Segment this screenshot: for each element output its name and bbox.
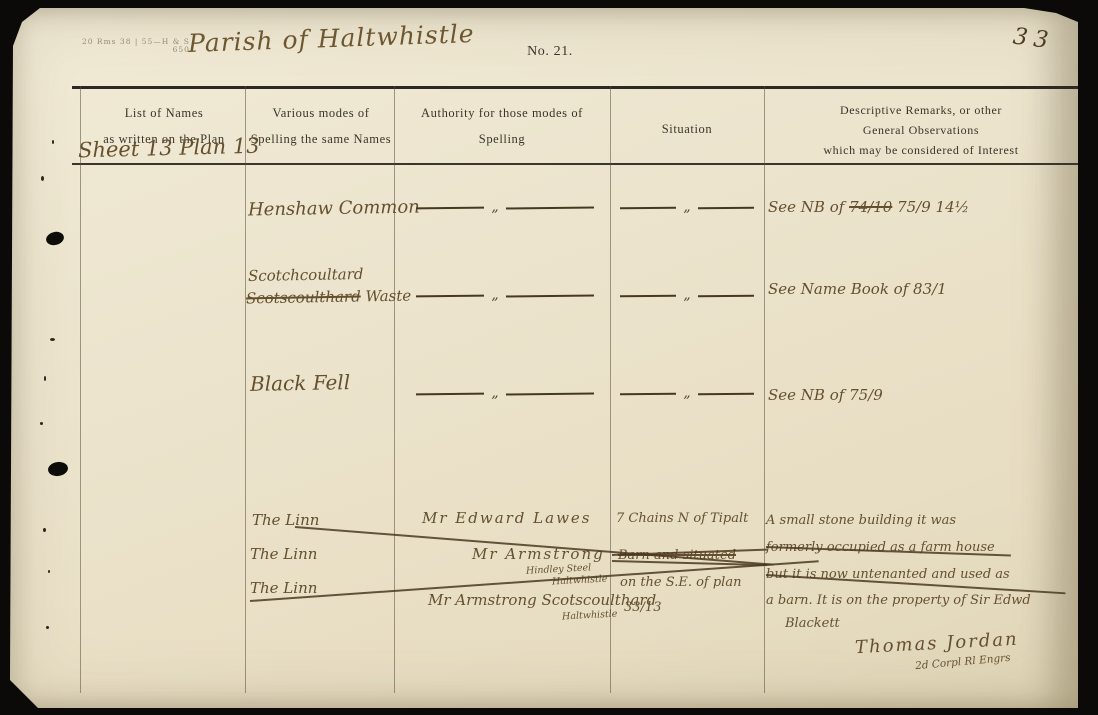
- header-list-of-names-line1: List of Names: [84, 100, 244, 126]
- ditto-dash: [620, 205, 676, 209]
- header-spelling-modes: Various modes of Spelling the same Names: [250, 100, 392, 152]
- surveyor-rank: 2d Corpl Rl Engrs: [915, 652, 1011, 672]
- ditto-dash: [416, 205, 484, 209]
- ditto-dash: [506, 293, 594, 297]
- linn-remarks-line4: a barn. It is on the property of Sir Edw…: [766, 593, 1031, 608]
- ditto-dash: [506, 205, 594, 209]
- header-spelling-modes-line2: Spelling the same Names: [250, 126, 392, 152]
- header-situation: Situation: [614, 116, 760, 142]
- linn-situation-line1: 7 Chains N of Tipalt: [616, 511, 748, 526]
- remarks-text: See NB of: [768, 198, 849, 216]
- ditto-dash: [506, 391, 594, 395]
- ditto-mark: „: [683, 204, 690, 210]
- ink-speck: [48, 570, 50, 573]
- entry-name-line2: Scotscoulthard Waste: [246, 287, 411, 308]
- ink-speck: [46, 626, 49, 629]
- ink-speck: [50, 338, 55, 341]
- binding-hole: [47, 461, 69, 478]
- parish-title: Parish of Haltwhistle: [188, 19, 475, 58]
- sheet-plan-note: Sheet 13 Plan 13: [78, 134, 260, 163]
- linn-situation-line2: on the S.E. of plan: [620, 575, 741, 590]
- entry-name-struck: Scotscoulthard: [246, 287, 361, 307]
- ditto-dash: [416, 293, 484, 297]
- ink-speck: [44, 376, 46, 381]
- printer-stamp-line2: 650: [82, 46, 190, 54]
- situation-ditto: „: [612, 204, 762, 210]
- ditto-mark: „: [683, 390, 690, 396]
- ditto-dash: [698, 205, 754, 209]
- header-spelling-modes-line1: Various modes of: [250, 100, 392, 126]
- ditto-mark: „: [683, 292, 690, 298]
- linn-authority-3: Mr Armstrong Scotscoulthard: [428, 591, 656, 609]
- entry-name: Henshaw Common: [248, 197, 420, 221]
- column-divider-4: [764, 86, 765, 693]
- authority-ditto: „: [400, 292, 610, 298]
- entry-remarks: See NB of 74/10 75/9 14½: [768, 198, 969, 216]
- linn-remarks-line5: Blackett: [785, 616, 840, 631]
- entry-name: Black Fell: [250, 370, 351, 396]
- linn-authority-1: Mr Edward Lawes: [422, 509, 592, 527]
- ditto-dash: [416, 391, 484, 395]
- table-border-left: [80, 86, 81, 693]
- remarks-struck-text: 74/10: [849, 198, 892, 216]
- entry-remarks: See NB of 75/9: [768, 386, 883, 404]
- ink-speck: [43, 528, 46, 532]
- ditto-mark: „: [491, 204, 498, 210]
- header-remarks: Descriptive Remarks, or other General Ob…: [768, 100, 1074, 160]
- linn-remarks-line1: A small stone building it was: [766, 513, 956, 528]
- ditto-dash: [698, 293, 754, 297]
- entry-remarks: See Name Book of 83/1: [768, 280, 947, 298]
- linn-name-2: The Linn: [250, 545, 317, 563]
- ink-speck: [40, 422, 43, 425]
- table-top-rule: [72, 86, 1078, 89]
- linn-authority-2: Mr Armstrong: [472, 545, 605, 563]
- ditto-dash: [620, 391, 676, 395]
- scanned-page: 20 Rms 38 | 55—H & S 650 Parish of Haltw…: [10, 8, 1078, 708]
- linn-remarks-line3: but it is now untenanted and used as: [766, 567, 1010, 582]
- linn-situation-plan-ref: 33/13: [624, 600, 661, 615]
- entry-name-line1: Scotchcoultard: [248, 265, 364, 285]
- header-remarks-line2: General Observations: [768, 120, 1074, 140]
- table-header-rule: [72, 163, 1078, 165]
- header-remarks-line1: Descriptive Remarks, or other: [768, 100, 1074, 120]
- header-authority-line2: Spelling: [398, 126, 606, 152]
- ditto-dash: [620, 293, 676, 297]
- ink-speck: [52, 140, 54, 144]
- authority-ditto: „: [400, 390, 610, 396]
- ditto-mark: „: [491, 390, 498, 396]
- header-authority-line1: Authority for those modes of: [398, 100, 606, 126]
- header-remarks-line3: which may be considered of Interest: [768, 140, 1074, 160]
- ink-speck: [41, 176, 44, 181]
- linn-name-3: The Linn: [250, 579, 317, 597]
- page-number: 33: [1012, 24, 1056, 55]
- ditto-mark: „: [491, 292, 498, 298]
- ditto-dash: [698, 391, 754, 395]
- remarks-text: 75/9 14½: [897, 198, 969, 216]
- situation-ditto: „: [612, 390, 762, 396]
- column-divider-1: [245, 86, 246, 693]
- form-number: No. 21.: [480, 44, 620, 60]
- header-authority: Authority for those modes of Spelling: [398, 100, 606, 152]
- binding-hole: [45, 230, 66, 247]
- situation-ditto: „: [612, 292, 762, 298]
- authority-ditto: „: [400, 204, 610, 210]
- column-divider-2: [394, 86, 395, 693]
- printer-stamp: 20 Rms 38 | 55—H & S 650: [82, 38, 190, 54]
